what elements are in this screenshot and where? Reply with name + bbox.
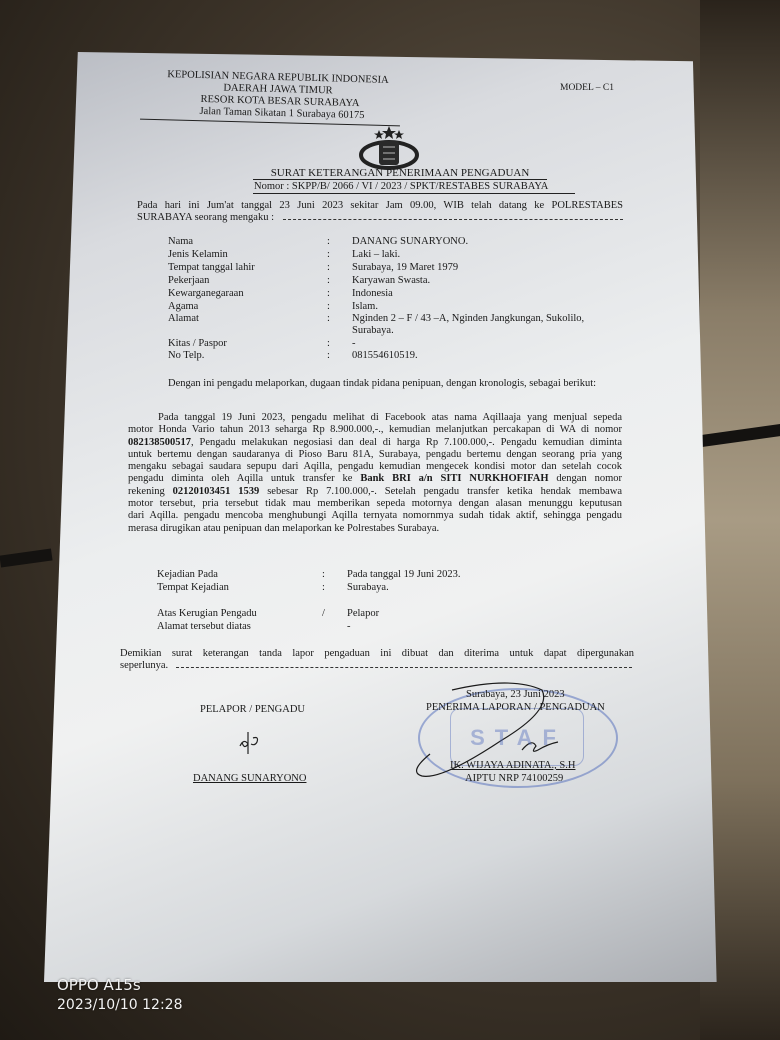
chronology-line: mengaku sebagai saudara sepupu dari Aqil…	[128, 461, 622, 473]
identity-value-cont: Surabaya.	[352, 325, 394, 337]
chronology-line: dari Aqilla. pengadu mencoba menghubungi…	[128, 510, 622, 522]
closing-line1: Demikian surat keterangan tanda lapor pe…	[120, 648, 634, 660]
title-rule	[253, 179, 547, 180]
chronology-segment: rekening	[128, 486, 173, 497]
incident-label: Alamat tersebut diatas	[157, 621, 251, 633]
camera-device-watermark: OPPO A15s	[57, 976, 141, 994]
chronology-segment: pengadu diminta oleh Aqilla untuk transf…	[128, 473, 360, 484]
chronology-line: motor tersebut, pria tersebut tidak mau …	[128, 498, 622, 510]
identity-label: Kewarganegaraan	[168, 288, 244, 300]
chronology-bold-segment: Bank BRI a/n SITI NURKHOFIFAH	[360, 473, 548, 484]
receiver-title: PENERIMA LAPORAN / PENGADUAN	[426, 702, 605, 714]
chronology-line: motor Honda Vario tahun 2013 seharga Rp …	[128, 424, 622, 436]
identity-label: Pekerjaan	[168, 275, 209, 287]
intro-line2: SURABAYA seorang mengaku :	[137, 212, 274, 224]
incident-sep: :	[322, 582, 325, 594]
reporter-name: DANANG SUNARYONO	[193, 773, 306, 785]
identity-separator: :	[327, 249, 330, 261]
incident-label: Kejadian Pada	[157, 569, 218, 581]
chronology-bold-segment: 082138500517	[128, 437, 191, 448]
reporter-signature-icon	[236, 728, 266, 756]
identity-label: Jenis Kelamin	[168, 249, 228, 261]
intro-paragraph: Pada hari ini Jum'at tanggal 23 Juni 202…	[137, 200, 623, 212]
identity-value: Karyawan Swasta.	[352, 275, 430, 287]
identity-label: Tempat tanggal lahir	[168, 262, 255, 274]
identity-separator: :	[327, 236, 330, 248]
incident-sep: :	[322, 569, 325, 581]
identity-value: Laki – laki.	[352, 249, 400, 261]
identity-separator: :	[327, 338, 330, 350]
identity-label: Agama	[168, 301, 198, 313]
chronology-line: untuk bertemu dengan saudaranya di Pioso…	[128, 449, 622, 461]
identity-label: Alamat	[168, 313, 199, 325]
stamp-text: STAF	[470, 725, 566, 751]
closing-dash-fill	[176, 667, 632, 668]
chronology-line: merasa dirugikan atau penipuan dan melap…	[128, 523, 622, 535]
identity-separator: :	[327, 301, 330, 313]
chronology-segment: , Pengadu melakukan negosiasi dan deal d…	[191, 437, 622, 448]
identity-value: -	[352, 338, 356, 350]
chronology-line: pengadu diminta oleh Aqilla untuk transf…	[128, 473, 622, 485]
officer-name: IK. WIJAYA ADINATA., S.H	[450, 760, 575, 772]
identity-label: Nama	[168, 236, 193, 248]
identity-separator: :	[327, 313, 330, 325]
intro-dash-fill	[283, 219, 623, 220]
reporter-title: PELAPOR / PENGADU	[200, 704, 305, 716]
incident-value: Surabaya.	[347, 582, 389, 594]
incident-value: Pelapor	[347, 608, 379, 620]
identity-value: Nginden 2 – F / 43 –A, Nginden Jangkunga…	[352, 313, 584, 325]
identity-value: Indonesia	[352, 288, 393, 300]
intro-line1: Pada hari ini Jum'at tanggal 23 Juni 202…	[137, 200, 623, 212]
chronology-paragraph: Pada tanggal 19 Juni 2023, pengadu melih…	[128, 412, 622, 535]
officer-rank: AIPTU NRP 74100259	[465, 773, 563, 785]
document-number: Nomor : SKPP/B/ 2066 / VI / 2023 / SPKT/…	[254, 181, 548, 193]
identity-value: Surabaya, 19 Maret 1979	[352, 262, 458, 274]
identity-separator: :	[327, 288, 330, 300]
chronology-line: rekening 02120103451 1539 sebesar Rp 7.1…	[128, 486, 622, 498]
chronology-bold-segment: 02120103451 1539	[173, 486, 260, 497]
identity-label: Kitas / Paspor	[168, 338, 227, 350]
chronology-line: 082138500517, Pengadu melakukan negosias…	[128, 437, 622, 449]
incident-label: Tempat Kejadian	[157, 582, 229, 594]
number-rule	[253, 193, 575, 194]
identity-value: Islam.	[352, 301, 378, 313]
model-label: MODEL – C1	[560, 82, 614, 94]
chronology-line: Pada tanggal 19 Juni 2023, pengadu melih…	[128, 412, 622, 424]
document: KEPOLISIAN NEGARA REPUBLIK INDONESIA DAE…	[0, 0, 780, 1040]
incident-value: Pada tanggal 19 Juni 2023.	[347, 569, 460, 581]
receipt-place-date: Surabaya, 23 Juni 2023	[466, 689, 565, 701]
identity-separator: :	[327, 275, 330, 287]
incident-sep: /	[322, 608, 325, 620]
police-emblem-icon	[357, 125, 421, 171]
closing-paragraph: Demikian surat keterangan tanda lapor pe…	[120, 648, 634, 660]
document-title: SURAT KETERANGAN PENERIMAAN PENGADUAN	[250, 167, 550, 179]
chronology-segment: dengan nomor	[549, 473, 622, 484]
chronology-segment: sebesar Rp 7.100.000,-. Setelah pengadu …	[259, 486, 622, 497]
incident-value: -	[347, 621, 351, 633]
identity-value: DANANG SUNARYONO.	[352, 236, 468, 248]
incident-label: Atas Kerugian Pengadu	[157, 608, 257, 620]
identity-separator: :	[327, 350, 330, 362]
report-intro: Dengan ini pengadu melaporkan, dugaan ti…	[168, 378, 596, 390]
closing-line2: seperlunya.	[120, 660, 168, 672]
camera-datetime-watermark: 2023/10/10 12:28	[57, 997, 183, 1013]
identity-label: No Telp.	[168, 350, 204, 362]
identity-separator: :	[327, 262, 330, 274]
identity-value: 081554610519.	[352, 350, 418, 362]
